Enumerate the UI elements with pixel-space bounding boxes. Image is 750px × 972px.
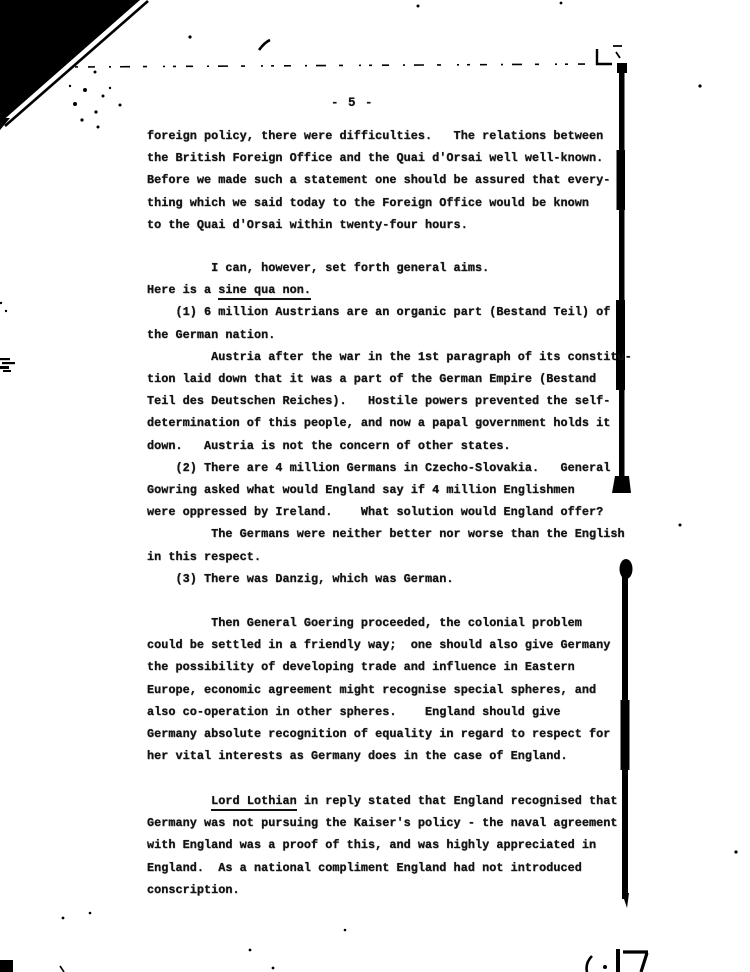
- scan-dotted-separator-line: [75, 64, 596, 67]
- text-line: down. Austria is not the concern of othe…: [147, 435, 647, 457]
- text-segment: Germany absolute recognition of equality…: [147, 727, 610, 741]
- text-line: in this respect.: [147, 546, 647, 568]
- scanned-document-page: - 5 - foreign policy, there were difficu…: [0, 0, 750, 972]
- text-segment: the possibility of developing trade and …: [147, 660, 575, 674]
- paragraph-general-aims: I can, however, set forth general aims.H…: [147, 257, 647, 590]
- text-segment: also co-operation in other spheres. Engl…: [147, 705, 561, 719]
- text-segment: determination of this people, and now a …: [147, 416, 610, 430]
- text-segment: Germany was not pursuing the Kaiser's po…: [147, 816, 618, 830]
- text-line: Europe, economic agreement might recogni…: [147, 679, 647, 701]
- scan-handwritten-mark-bottom-right: [587, 956, 592, 972]
- scan-corner-bracket-top-right: [597, 49, 612, 64]
- scan-fold-edge-tip: [0, 118, 10, 130]
- text-line: England. As a national compliment Englan…: [147, 857, 647, 879]
- text-segment: Gowring asked what would England say if …: [147, 483, 575, 497]
- text-segment: Before we made such a statement one shou…: [147, 173, 610, 187]
- text-segment: I can, however, set forth general aims.: [147, 261, 489, 275]
- page-number: - 5 -: [331, 96, 374, 110]
- text-segment: Then General Goering proceeded, the colo…: [147, 616, 582, 630]
- text-line: Gowring asked what would England say if …: [147, 479, 647, 501]
- text-segment: were oppressed by Ireland. What solution…: [147, 505, 603, 519]
- paragraph-lord-lothian-reply: Lord Lothian in reply stated that Englan…: [147, 790, 647, 901]
- text-segment: foreign policy, there were difficulties.…: [147, 129, 603, 143]
- scan-pen-tick-top-right: [613, 46, 622, 58]
- text-line: foreign policy, there were difficulties.…: [147, 125, 647, 147]
- text-line: tion laid down that it was a part of the…: [147, 368, 647, 390]
- text-segment: conscription.: [147, 883, 240, 897]
- text-line: Austria after the war in the 1st paragra…: [147, 346, 647, 368]
- text-line: were oppressed by Ireland. What solution…: [147, 501, 647, 523]
- scan-handwritten-stroke: [616, 949, 620, 972]
- text-line: could be settled in a friendly way; one …: [147, 634, 647, 656]
- text-segment: in this respect.: [147, 550, 261, 564]
- text-segment: [147, 794, 211, 808]
- text-segment: (1) 6 million Austrians are an organic p…: [147, 305, 610, 319]
- paragraph-foreign-policy: foreign policy, there were difficulties.…: [147, 125, 647, 236]
- text-segment: the British Foreign Office and the Quai …: [147, 151, 603, 165]
- scan-fold-edge-line: [5, 1, 148, 126]
- scan-fold-corner-triangle: [0, 0, 140, 123]
- text-segment: with England was a proof of this, and wa…: [147, 838, 596, 852]
- text-line: Before we made such a statement one shou…: [147, 169, 647, 191]
- text-segment: Here is a: [147, 283, 218, 297]
- scan-smudge-left-edge: [0, 358, 15, 372]
- text-line: determination of this people, and now a …: [147, 412, 647, 434]
- text-line: conscription.: [147, 879, 647, 901]
- underlined-text: sine qua non.: [218, 283, 311, 300]
- scan-corner-block-bottom-left: [0, 960, 13, 972]
- text-segment: England. As a national compliment Englan…: [147, 861, 582, 875]
- text-line: Here is a sine qua non.: [147, 279, 647, 301]
- text-line: I can, however, set forth general aims.: [147, 257, 647, 279]
- text-segment: thing which we said today to the Foreign…: [147, 196, 589, 210]
- text-line: also co-operation in other spheres. Engl…: [147, 701, 647, 723]
- text-segment: The Germans were neither better nor wors…: [147, 527, 625, 541]
- text-segment: (2) There are 4 million Germans in Czech…: [147, 461, 610, 475]
- text-line: to the Quai d'Orsai within twenty-four h…: [147, 214, 647, 236]
- text-line: Germany absolute recognition of equality…: [147, 723, 647, 745]
- text-segment: tion laid down that it was a part of the…: [147, 372, 596, 386]
- text-segment: Austria after the war in the 1st paragra…: [147, 350, 632, 364]
- scan-handwritten-stroke: [623, 952, 648, 972]
- text-segment: Europe, economic agreement might recogni…: [147, 683, 596, 697]
- text-segment: in reply stated that England recognised …: [297, 794, 618, 808]
- text-line: (3) There was Danzig, which was German.: [147, 568, 647, 590]
- text-segment: to the Quai d'Orsai within twenty-four h…: [147, 218, 468, 232]
- text-segment: the German nation.: [147, 328, 275, 342]
- text-line: the German nation.: [147, 324, 647, 346]
- text-line: her vital interests as Germany does in t…: [147, 745, 647, 767]
- text-line: Lord Lothian in reply stated that Englan…: [147, 790, 647, 812]
- text-line: Teil des Deutschen Reiches). Hostile pow…: [147, 390, 647, 412]
- text-line: the possibility of developing trade and …: [147, 656, 647, 678]
- text-segment: (3) There was Danzig, which was German.: [147, 572, 454, 586]
- scan-streak-blob: [617, 63, 627, 73]
- text-segment: down. Austria is not the concern of othe…: [147, 439, 511, 453]
- text-line: with England was a proof of this, and wa…: [147, 834, 647, 856]
- text-line: Germany was not pursuing the Kaiser's po…: [147, 812, 647, 834]
- text-line: Then General Goering proceeded, the colo…: [147, 612, 647, 634]
- scan-ink-dot: [603, 965, 607, 969]
- text-segment: Teil des Deutschen Reiches). Hostile pow…: [147, 394, 610, 408]
- text-segment: could be settled in a friendly way; one …: [147, 638, 610, 652]
- text-line: (2) There are 4 million Germans in Czech…: [147, 457, 647, 479]
- paragraph-goering-proceeded: Then General Goering proceeded, the colo…: [147, 612, 647, 767]
- text-line: thing which we said today to the Foreign…: [147, 192, 647, 214]
- text-segment: her vital interests as Germany does in t…: [147, 749, 568, 763]
- text-line: The Germans were neither better nor wors…: [147, 523, 647, 545]
- text-line: the British Foreign Office and the Quai …: [147, 147, 647, 169]
- text-line: (1) 6 million Austrians are an organic p…: [147, 301, 647, 323]
- underlined-text: Lord Lothian: [211, 794, 297, 811]
